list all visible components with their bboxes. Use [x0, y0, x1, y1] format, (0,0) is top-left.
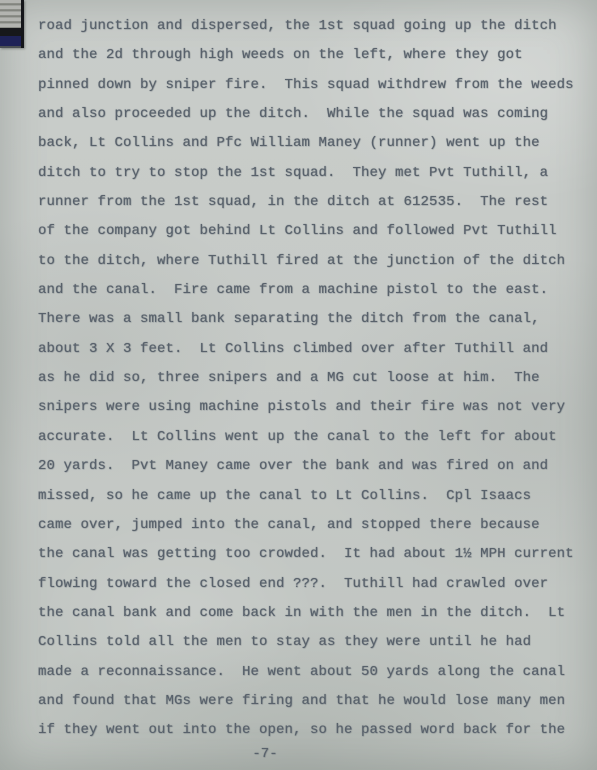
document-text-line: pinned down by sniper fire. This squad w…: [38, 71, 568, 100]
document-text-line: the canal bank and come back in with the…: [38, 599, 568, 628]
document-text-line: accurate. Lt Collins went up the canal t…: [38, 423, 568, 452]
document-text-line: snipers were using machine pistols and t…: [38, 393, 568, 422]
document-text-line: missed, so he came up the canal to Lt Co…: [38, 482, 568, 511]
document-text-line: and the 2d through high weeds on the lef…: [38, 41, 568, 70]
document-text-line: of the company got behind Lt Collins and…: [38, 217, 568, 246]
document-text-line: Collins told all the men to stay as they…: [38, 628, 568, 657]
document-text-line: There was a small bank separating the di…: [38, 305, 568, 334]
page-number: -7-: [20, 740, 510, 769]
scan-edge-artifact: [0, 0, 24, 48]
scanned-document-page: road junction and dispersed, the 1st squ…: [0, 0, 597, 770]
document-text-line: the canal was getting too crowded. It ha…: [38, 540, 568, 569]
document-text-line: runner from the 1st squad, in the ditch …: [38, 188, 568, 217]
document-text-line: back, Lt Collins and Pfc William Maney (…: [38, 129, 568, 158]
document-text-line: ditch to try to stop the 1st squad. They…: [38, 159, 568, 188]
document-text-line: and found that MGs were firing and that …: [38, 687, 568, 716]
document-text-line: to the ditch, where Tuthill fired at the…: [38, 247, 568, 276]
document-text-line: and also proceeded up the ditch. While t…: [38, 100, 568, 129]
document-text-line: about 3 X 3 feet. Lt Collins climbed ove…: [38, 335, 568, 364]
document-text-line: made a reconnaissance. He went about 50 …: [38, 658, 568, 687]
edge-navy-band: [0, 36, 21, 48]
edge-black-band: [0, 28, 21, 36]
document-text-line: flowing toward the closed end ???. Tuthi…: [38, 570, 568, 599]
document-text-line: and the canal. Fire came from a machine …: [38, 276, 568, 305]
document-text-line: as he did so, three snipers and a MG cut…: [38, 364, 568, 393]
document-text-line: road junction and dispersed, the 1st squ…: [38, 12, 568, 41]
typewritten-text-block: road junction and dispersed, the 1st squ…: [38, 12, 568, 746]
document-text-line: 20 yards. Pvt Maney came over the bank a…: [38, 452, 568, 481]
document-text-line: came over, jumped into the canal, and st…: [38, 511, 568, 540]
edge-ruled-strip: [0, 0, 21, 28]
